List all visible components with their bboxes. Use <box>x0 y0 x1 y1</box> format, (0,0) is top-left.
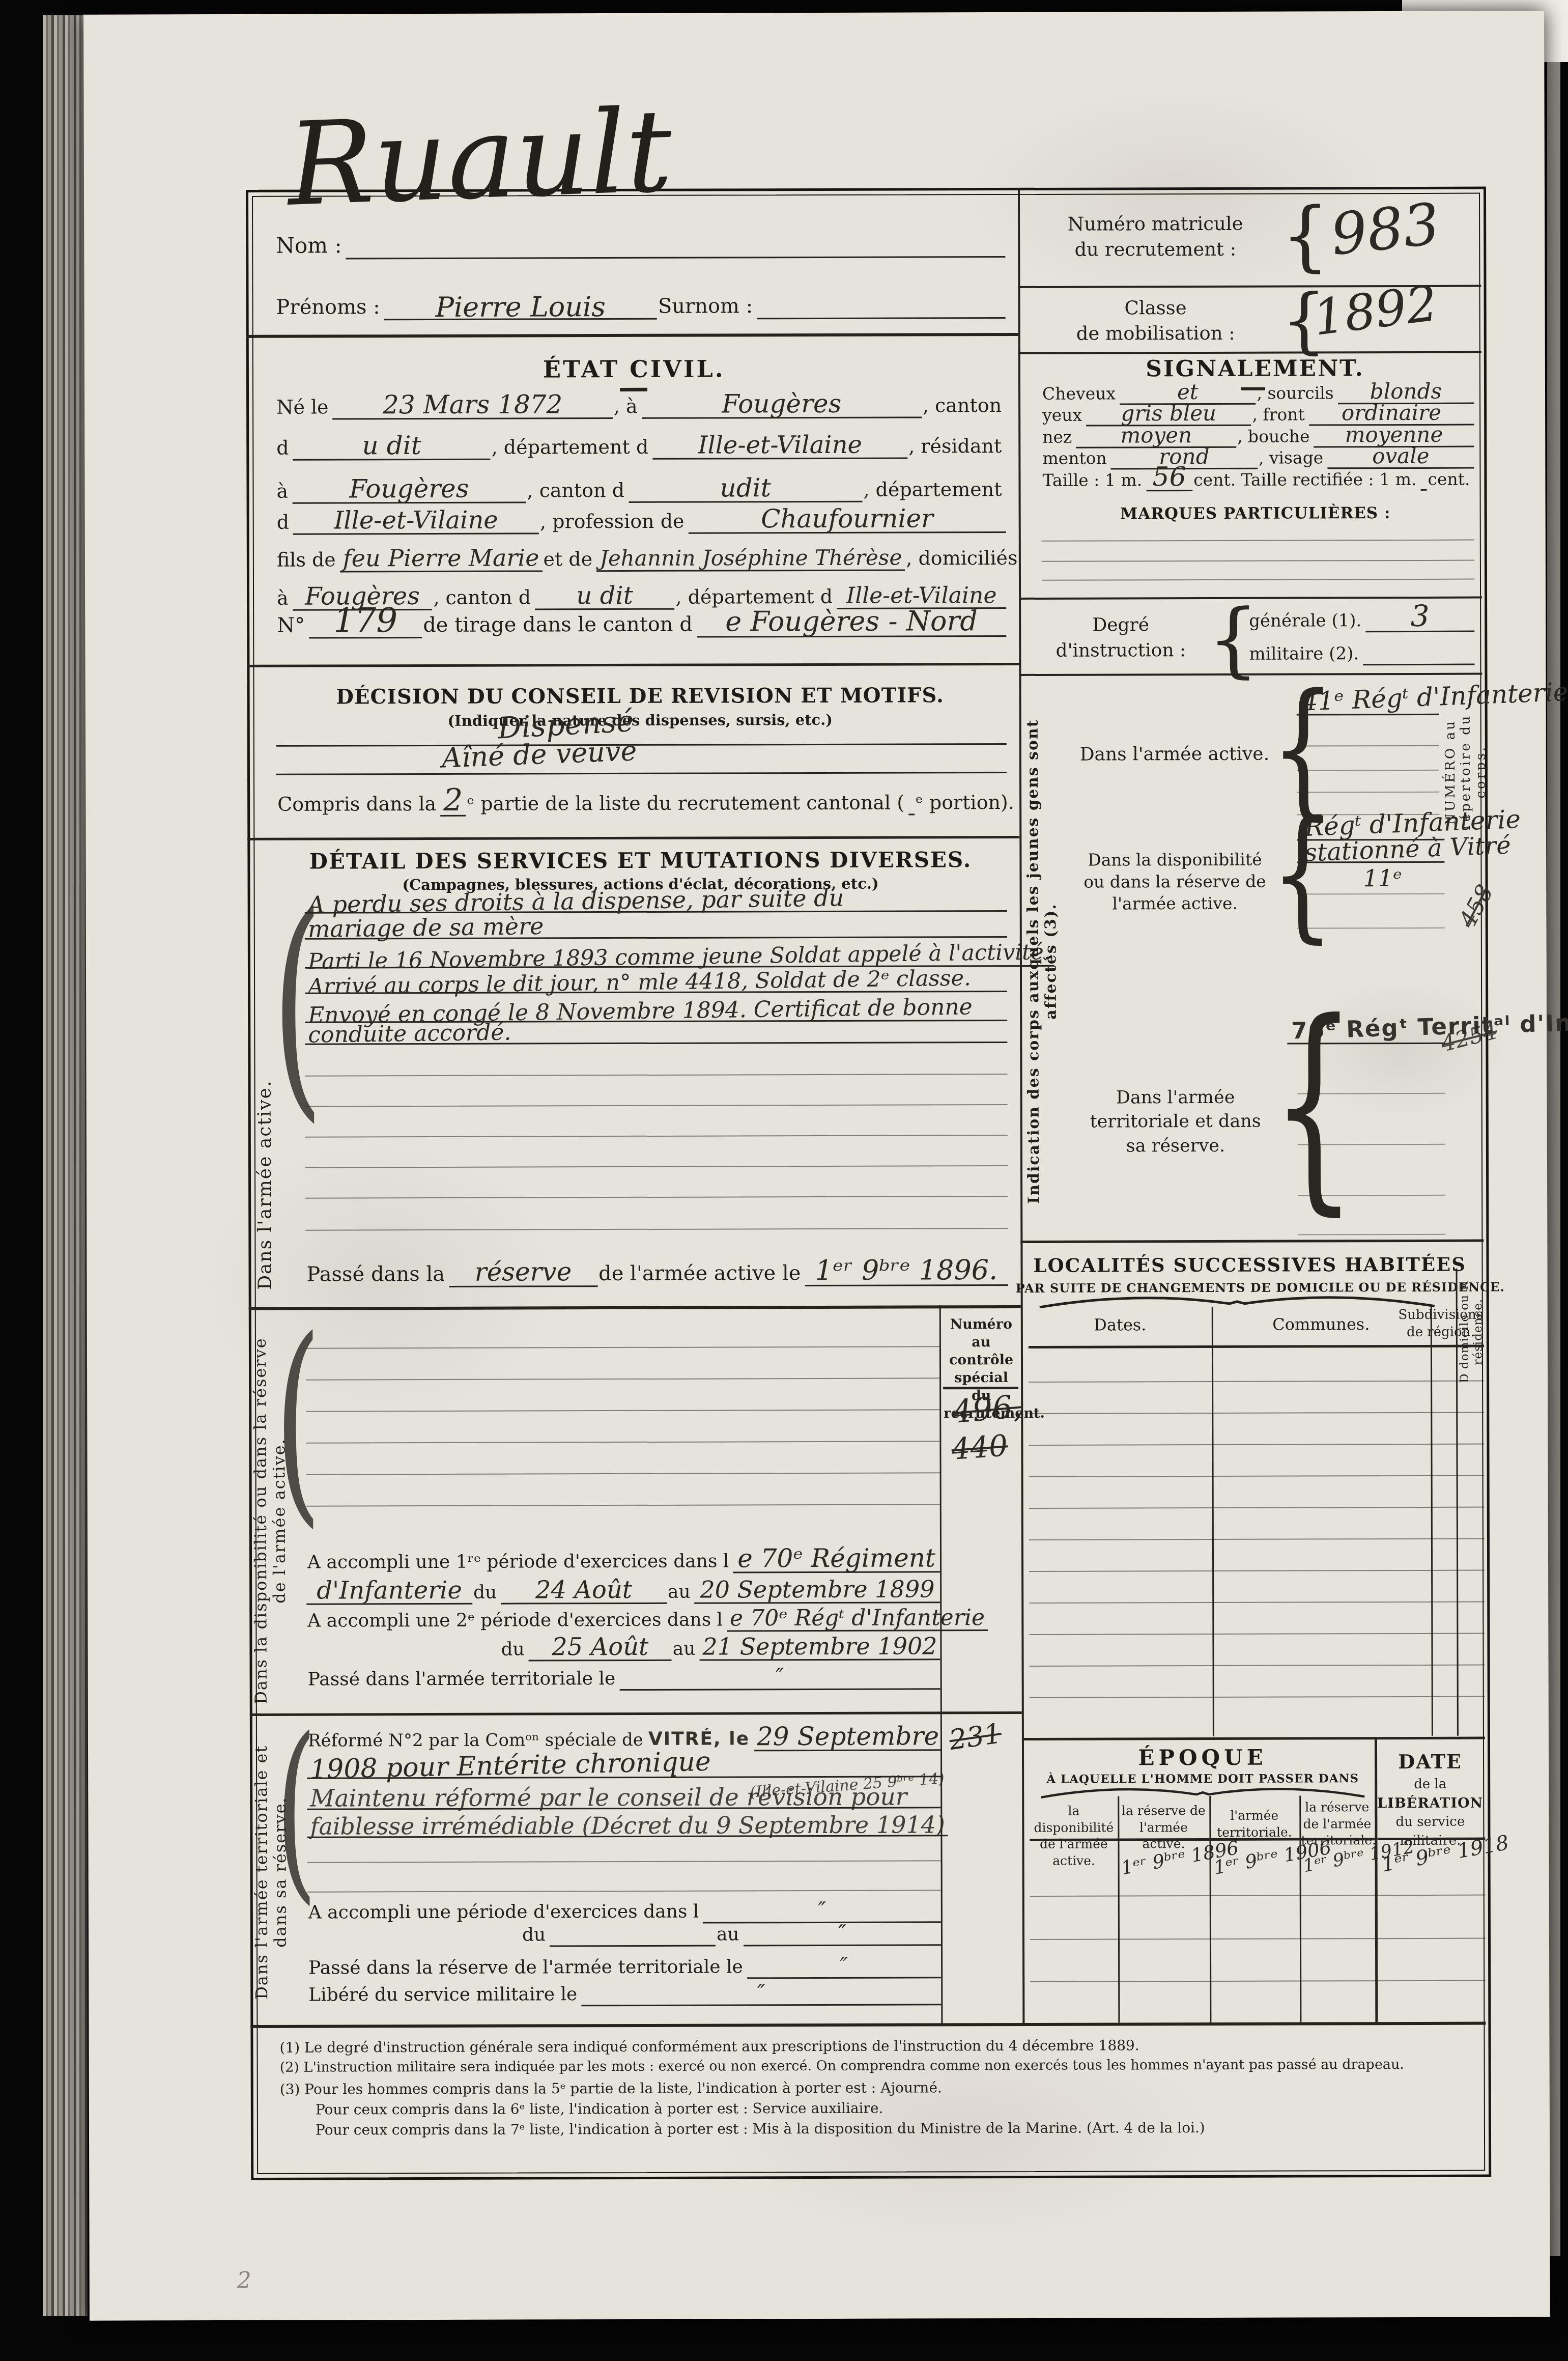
corps-side-label: Indication des corps auxquels les jeunes… <box>1024 689 1062 1234</box>
footnote-4: Pour ceux compris dans la 6ᵉ liste, l'in… <box>316 2098 1517 2118</box>
profession-row: d Ille-et-Vilaine , profession de Chaufo… <box>276 502 1006 535</box>
matricule-value: 983 <box>1328 195 1443 264</box>
localites-title: LOCALITÉS SUCCESSIVES HABITÉES <box>1033 1253 1440 1277</box>
profession-label: , profession de <box>539 510 689 535</box>
date-line1: DATE <box>1377 1748 1484 1776</box>
compris-valeur: 2 <box>443 785 463 816</box>
date-naissance: 23 Mars 1872 <box>383 391 562 418</box>
taille-rectifiee-field <box>1421 489 1427 491</box>
et-de-label: et de <box>542 548 596 572</box>
periode2-fin: 21 Septembre 1902 <box>702 1634 937 1659</box>
cent-label: cent. <box>1427 469 1474 491</box>
periode2-corps-field: e 70ᵉ Régᵗ d'Infanterie <box>727 1607 988 1632</box>
degre-line2: d'instruction : <box>1037 638 1205 664</box>
decision-mention2: Aîné de veuve <box>441 737 637 772</box>
tirage-numero-field: 179 <box>309 603 422 639</box>
compris-label3: ᵉ portion). <box>915 791 1018 816</box>
residence-row: à Fougères , canton d udit , département <box>275 471 1006 504</box>
canton2-value: udit <box>720 475 771 501</box>
nom-value: Ruault <box>286 93 674 224</box>
taille-field: 56 <box>1146 464 1192 491</box>
service-line-6: conduite accordé. <box>308 1021 511 1047</box>
instruction-militaire-row: militaire (2). <box>1248 637 1474 666</box>
tirage-row: N° 179 de tirage dans le canton d e Foug… <box>276 604 1006 639</box>
canton2-label: , canton d <box>526 479 629 503</box>
periode1-debut: 24 Août <box>535 1578 632 1603</box>
decision-subtitle: (Indiquer la nature des dispenses, sursi… <box>320 711 961 729</box>
epoque-col1-header: la disponibilité de l'armée active. <box>1031 1803 1116 1869</box>
decision-title: DÉCISION DU CONSEIL DE REVISION ET MOTIF… <box>320 683 961 709</box>
periode2-corps: e 70ᵉ Régᵗ d'Infanterie <box>730 1607 985 1630</box>
territoriale-au-field: ″ <box>743 1922 941 1946</box>
footnote-5: Pour ceux compris dans la 7ᵉ liste, l'in… <box>316 2118 1517 2138</box>
matricule-label-l1: Numéro matricule <box>1036 211 1275 237</box>
epoque-subtitle: À LAQUELLE L'HOMME DOIT PASSER DANS <box>1030 1772 1376 1786</box>
degre-line1: Degré <box>1037 612 1205 638</box>
ditto-mark: ″ <box>840 1955 848 1977</box>
departement2-label: , département <box>862 478 1006 502</box>
periode2-label: A accompli une 2ᵉ période d'exercices da… <box>306 1609 727 1633</box>
service-line-row: Arrivé au corps le dit jour, n° mle 4418… <box>305 963 1007 994</box>
passe-date: 1ᵉʳ 9ᵇʳᵉ 1896. <box>815 1256 998 1284</box>
fils-de-label: fils de <box>276 548 340 572</box>
taille-label: Taille : 1 m. <box>1041 470 1146 492</box>
service-line-field: Arrivé au corps le dit jour, n° mle 4418… <box>305 971 1007 994</box>
compris-field: 2 <box>440 785 466 817</box>
territoriale-au-label: au <box>716 1924 744 1946</box>
d-label: d <box>275 437 293 461</box>
periode1-fin-field: 20 Septembre 1899 <box>695 1577 940 1604</box>
corps-active-label: Dans l'armée active. <box>1078 742 1271 768</box>
canton3-value: u dit <box>576 583 633 608</box>
naissance-row: Né le 23 Mars 1872 , à Fougères , canton <box>275 387 1006 420</box>
passe-reserve-row: Passé dans la réserve de l'armée active … <box>305 1255 1008 1288</box>
parents-row: fils de feu Pierre Marie et de Jehannin … <box>276 540 1006 573</box>
compris-row: Compris dans la 2 ᵉ partie de la liste d… <box>276 783 1007 817</box>
periode1-fin: 20 Septembre 1899 <box>700 1577 934 1601</box>
canton-label: , canton <box>922 394 1006 418</box>
passe-reserve-territoriale-field: ″ <box>747 1954 942 1979</box>
degre-label: Degré d'instruction : <box>1037 612 1205 664</box>
passe-date-field: 1ᵉʳ 9ᵇʳᵉ 1896. <box>805 1256 1008 1286</box>
etat-civil-title: ÉTAT CIVIL. <box>441 355 828 383</box>
instruction-generale-row: générale (1). 3 <box>1248 604 1474 633</box>
corps-territoriale-brace: { <box>1271 1009 1357 1199</box>
residence-value: Fougères <box>349 476 469 502</box>
passe-valeur: réserve <box>475 1259 572 1285</box>
date-naissance-field: 23 Mars 1872 <box>332 391 612 419</box>
militaire-field <box>1363 664 1474 666</box>
passe-territoriale-label: Passé dans l'armée territoriale le <box>307 1668 620 1692</box>
footnote-1: (1) Le degré d'instruction générale sera… <box>279 2036 1480 2056</box>
passe-valeur-field: réserve <box>449 1259 597 1287</box>
numero-barre: 231 <box>948 1719 1004 1754</box>
passe-label1: Passé dans la <box>305 1262 449 1288</box>
taille-value: 56 <box>1152 464 1186 491</box>
epoque-col3-header: l'armée territoriale. <box>1211 1808 1298 1841</box>
matricule-label: Numéro matricule du recrutement : <box>1036 211 1275 263</box>
departement-label: , département d <box>491 436 653 460</box>
periode2-debut-field: 25 Août <box>529 1635 672 1662</box>
passe-label2: de l'armée active le <box>597 1261 805 1287</box>
date-line4: du service <box>1377 1813 1484 1832</box>
compris-label1: Compris dans la <box>276 793 440 817</box>
ne-le-label: Né le <box>275 396 333 419</box>
generale-label: générale (1). <box>1248 610 1365 633</box>
passe-reserve-territoriale-row: Passé dans la réserve de l'armée territo… <box>307 1949 941 1980</box>
libere-row: Libéré du service militaire le ″ <box>307 1976 941 2007</box>
marques-label: MARQUES PARTICULIÈRES : <box>1077 504 1434 523</box>
paper-sheet: Ruault Nom : Prénoms : Pierre Louis Surn… <box>83 11 1550 2320</box>
scanned-register-page: Ruault Nom : Prénoms : Pierre Louis Surn… <box>0 0 1568 2361</box>
departement2-value: Ille-et-Vilaine <box>334 508 498 533</box>
corps-dispo-label: Dans la disponibilité ou dans la réserve… <box>1078 849 1271 915</box>
prenoms-field: Pierre Louis <box>384 293 657 320</box>
localites-col-dates: Dates. <box>1029 1315 1212 1335</box>
generale-field: 3 <box>1365 601 1474 633</box>
classe-label-l1: Classe <box>1036 295 1275 321</box>
footnote-3: (3) Pour les hommes compris dans la 5ᵉ p… <box>280 2078 1481 2098</box>
numero-controle-2: 440 <box>950 1430 1009 1465</box>
service-line-2: mariage de sa mère <box>307 914 544 941</box>
periode1-row: A accompli une 1ʳᵉ période d'exercices d… <box>306 1542 940 1574</box>
lieu-naissance-field: Fougères <box>642 390 922 418</box>
libere-label: Libéré du service militaire le <box>307 1984 581 2007</box>
a2-label: à <box>275 480 292 504</box>
disponibilite-paren: ( <box>274 1328 322 1514</box>
periode1-corps: e 70ᵉ Régiment <box>737 1545 935 1571</box>
periode2-row: A accompli une 2ᵉ période d'exercices da… <box>306 1600 940 1633</box>
periode1-corps2: d'Infanterie <box>317 1578 462 1604</box>
canton-row: d u dit , département d Ille-et-Vilaine … <box>275 428 1006 461</box>
tirage-canton-field: e Fougères - Nord <box>697 607 1006 638</box>
au2-label: au <box>672 1639 700 1661</box>
au1-label: au <box>667 1582 695 1604</box>
maintenu-2: faiblesse irrémédiable (Décret du 9 Sept… <box>310 1813 945 1838</box>
du1-label: du <box>472 1582 501 1605</box>
lieu-naissance: Fougères <box>722 391 841 417</box>
passe-territoriale-field: ″ <box>619 1665 940 1691</box>
ditto-mark: ″ <box>776 1666 784 1689</box>
profession-value: Chaufournier <box>761 505 933 532</box>
profession-field: Chaufournier <box>688 505 1006 534</box>
pere-field: feu Pierre Marie <box>340 546 543 572</box>
departement-value: Ille-et-Vilaine <box>698 433 862 458</box>
ditto-mark: ″ <box>838 1922 846 1944</box>
service-line-field: conduite accordé. <box>305 1021 1007 1045</box>
residence-field: Fougères <box>292 475 526 503</box>
territoriale-dates-row: du au ″ <box>307 1916 941 1947</box>
compris-label2: ᵉ partie de la liste du recrutement cant… <box>466 792 908 817</box>
ditto-mark: ″ <box>757 1982 765 2004</box>
departement-value-field: Ille-et-Vilaine <box>652 433 907 460</box>
service-line-field: mariage de sa mère <box>305 914 1007 940</box>
corps-dispo-value3: 11ᵉ <box>1363 866 1402 890</box>
d2-label: d <box>276 511 293 535</box>
periode1-corps-field: e 70ᵉ Régiment <box>733 1545 940 1573</box>
a-label: , à <box>613 395 642 419</box>
periode2-dates-row: du 25 Août au 21 Septembre 1902 <box>306 1629 940 1662</box>
mere-value: Jehannin Joséphine Thérèse <box>600 547 902 570</box>
service-line-row: conduite accordé. <box>305 1014 1007 1045</box>
territoriale-du-label: du <box>521 1924 550 1947</box>
prenoms-value: Pierre Louis <box>436 293 606 321</box>
canton2-field: udit <box>629 475 862 503</box>
maintenu-row2: faiblesse irrémédiable (Décret du 9 Sept… <box>307 1806 940 1838</box>
reforme-row2: 1908 pour Entérite chronique <box>307 1747 940 1779</box>
prenoms-row: Prénoms : Pierre Louis Surnom : <box>275 286 1005 321</box>
mere-field: Jehannin Joséphine Thérèse <box>596 547 905 572</box>
matricule-label-l2: du recrutement : <box>1036 237 1275 263</box>
pencil-page-number: 2 <box>237 2269 251 2292</box>
reforme-date: 29 Septembre <box>757 1723 939 1750</box>
pere-value: feu Pierre Marie <box>343 546 539 570</box>
periode1-label: A accompli une 1ʳᵉ période d'exercices d… <box>306 1551 733 1574</box>
service-line-row: mariage de sa mère <box>305 908 1007 940</box>
passe-territoriale-row: Passé dans l'armée territoriale le ″ <box>307 1659 940 1691</box>
periode1-dates-row: d'Infanterie du 24 Août au 20 Septembre … <box>306 1572 940 1605</box>
numero-controle-1: 496, <box>951 1390 1024 1428</box>
tirage-numero: 179 <box>333 603 397 638</box>
taille-rectifiee-label: cent. Taille rectifiée : 1 m. <box>1192 469 1420 491</box>
corps-dispo-brace: { <box>1270 813 1334 934</box>
epoque-brace-icon <box>1040 1786 1365 1799</box>
maintenu-row1: Maintenu réformé par le conseil de révis… <box>307 1778 940 1810</box>
surnom-label: Surnom : <box>657 294 757 320</box>
periode1-corps2-field: d'Infanterie <box>306 1578 472 1605</box>
residant-label: , résidant <box>907 435 1006 459</box>
domicilies-label: , domiciliés <box>905 547 1021 571</box>
tirage-canton: e Fougères - Nord <box>725 607 978 635</box>
dr-label-1: D domicile ou <box>1458 1295 1471 1383</box>
tirage-no-label: N° <box>276 614 309 639</box>
du2-label: du <box>500 1639 528 1661</box>
footnote-2: (2) L'instruction militaire sera indiqué… <box>280 2057 1481 2075</box>
epoque-title: ÉPOQUE <box>1030 1745 1376 1770</box>
localites-brace-icon <box>1039 1294 1436 1309</box>
canton-value-field: u dit <box>293 433 491 461</box>
tirage-texte: de tirage dans le canton d <box>422 613 697 638</box>
nom-label: Nom : <box>275 233 346 259</box>
prenoms-label: Prénoms : <box>275 295 384 321</box>
date-line3: LIBÉRATION <box>1377 1793 1484 1813</box>
taille-row: Taille : 1 m. 56 cent. Taille rectifiée … <box>1041 462 1474 492</box>
corps-territoriale-label: Dans l'armée territoriale et dans sa rés… <box>1079 1086 1272 1159</box>
periode2-fin-field: 21 Septembre 1902 <box>699 1634 940 1661</box>
departement2-field: Ille-et-Vilaine <box>293 508 539 535</box>
localites-subtitle: PAR SUITE DE CHANGEMENTS DE DOMICILE OU … <box>1016 1280 1459 1296</box>
date-line2: de la <box>1377 1775 1484 1794</box>
date-liberation-header: DATE de la LIBÉRATION du service militai… <box>1377 1748 1484 1850</box>
reforme-suite-field: 1908 pour Entérite chronique <box>307 1751 940 1779</box>
periode1-debut-field: 24 Août <box>501 1578 667 1605</box>
libere-field: ″ <box>581 1981 941 2006</box>
book-gutter-edge <box>43 15 88 2316</box>
periode2-debut: 25 Août <box>552 1635 648 1660</box>
classe-label: Classe de mobilisation : <box>1036 295 1275 347</box>
maintenu2-field: faiblesse irrémédiable (Décret du 9 Sept… <box>307 1813 948 1838</box>
matricule-brace: { <box>1281 204 1330 269</box>
generale-value: 3 <box>1411 601 1430 631</box>
classe-label-l2: de mobilisation : <box>1036 321 1275 347</box>
localites-dr-label: D domicile ou R résidence. <box>1458 1269 1484 1396</box>
canton-value: u dit <box>362 433 421 459</box>
services-title: DÉTAIL DES SERVICES ET MUTATIONS DIVERSE… <box>304 847 976 874</box>
portion-field <box>908 813 915 815</box>
